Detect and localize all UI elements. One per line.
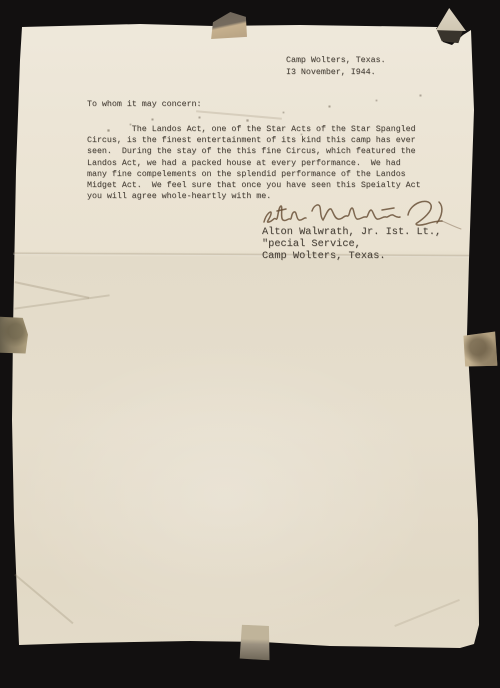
tape-fragment-top <box>210 12 247 39</box>
letter-paper <box>0 0 500 688</box>
dateline-date: I3 November, I944. <box>286 68 376 77</box>
paper-specks <box>0 0 1 1</box>
tape-fragment-bottom <box>240 625 271 661</box>
letter-body: The Landos Act, one of the Star Acts of … <box>87 124 421 202</box>
salutation: To whom it may concern: <box>87 100 202 109</box>
dateline: Camp Wolters, Texas. I3 November, I944. <box>286 55 386 79</box>
photo-background: Camp Wolters, Texas. I3 November, I944. … <box>0 0 500 688</box>
dateline-location: Camp Wolters, Texas. <box>286 56 386 65</box>
signature-typed-name: Alton Walwrath, Jr. Ist. Lt., <box>262 226 441 238</box>
signature-unit: "pecial Service, <box>262 238 361 250</box>
torn-corner-tip <box>436 8 466 32</box>
signature-location: Camp Wolters, Texas. <box>262 250 386 262</box>
tape-fragment-right <box>462 330 498 367</box>
signature-block: Alton Walwrath, Jr. Ist. Lt., "pecial Se… <box>262 226 441 263</box>
